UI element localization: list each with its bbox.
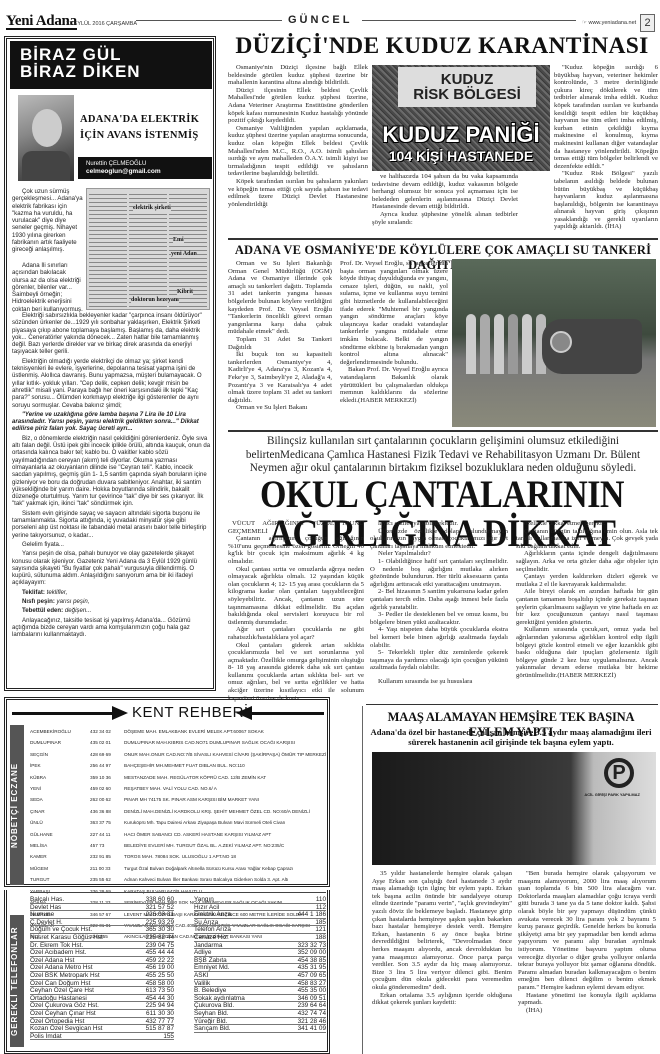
phone-number: 112 bbox=[316, 904, 326, 911]
phone-label: Özel Ceyhan Çınar Hst bbox=[30, 1010, 146, 1017]
phone-number: 321 28 46 bbox=[298, 1018, 326, 1025]
pharmacy-phone: 363 37 75 bbox=[90, 817, 124, 828]
pharmacy-side-label: NÖBETÇİ ECZANE bbox=[10, 725, 24, 885]
phone-row: Nusret Karasu Göğüs Hst225 82 44 bbox=[30, 934, 174, 942]
phone-row: Doğum ve Çocuk Hst.365 30 30 bbox=[30, 926, 174, 934]
phone-row: Özel BSK Metropark Hst455 25 50 bbox=[30, 972, 174, 980]
phone-label: Cenaze Hiz. bbox=[194, 934, 315, 941]
phone-number: 455 44 44 bbox=[146, 949, 174, 956]
phone-label: Devlet Has bbox=[30, 904, 146, 911]
pharmacy-phone: 459 02 60 bbox=[90, 783, 124, 794]
phone-label: Özel BSK Metropark Hst bbox=[30, 972, 146, 979]
pharmacy-address: BELEDİYE EVLERİ MH. TURGUT ÖZAL BL. A.ZE… bbox=[124, 840, 326, 851]
author-email[interactable]: celmeoglun@gmail.com bbox=[86, 168, 161, 175]
pharmacy-row: MÜGEM211 00 33Turgut Özal Bulvarı Doğalp… bbox=[30, 863, 326, 874]
phones-list-right: Yangın110Hızır Acil112Elektrik Arıza444 … bbox=[194, 896, 326, 1033]
phone-label: Özel Çukurova Göz Hst. bbox=[30, 1002, 146, 1009]
pharmacy-row: KÜBRA359 10 36MESTANZADE MAH. REGÜLATOR … bbox=[30, 772, 326, 783]
pharmacy-name: YENİ bbox=[30, 783, 90, 794]
pharmacy-address: Kuruköprü Mh. Tapu Dairesi Arkası Ziyapa… bbox=[124, 817, 326, 828]
phone-number: 456 19 00 bbox=[146, 964, 174, 971]
phone-label: BŞB Zabıta bbox=[194, 957, 298, 964]
phone-number: 435 31 95 bbox=[298, 964, 326, 971]
pharmacy-row: TURGUT235 55 62Adnan Kahveci Bulvarı İll… bbox=[30, 874, 326, 885]
no-parking-icon: P bbox=[604, 758, 634, 788]
canta-deck: Bilinçsiz kullanılan sırt çantalarının ç… bbox=[228, 435, 658, 476]
phone-label: Özel Acıbadem Hst. bbox=[30, 949, 146, 956]
phone-number: 185 bbox=[315, 919, 326, 926]
divider bbox=[228, 238, 658, 240]
pharmacy-phone: 227 44 11 bbox=[90, 829, 124, 840]
phone-number: 188 bbox=[315, 934, 326, 941]
phones-side-label: GEREKLİ TELEFONLAR bbox=[10, 915, 24, 1047]
phone-number: 225 82 44 bbox=[146, 934, 174, 941]
phone-number: 458 58 00 bbox=[146, 980, 174, 987]
phone-row: Özel Can Doğum Hst458 58 00 bbox=[30, 980, 174, 988]
phone-row: Yüreğir Bld.321 28 46 bbox=[194, 1018, 326, 1026]
phone-row: Ceyhan Özel Çare Hst613 73 50 bbox=[30, 987, 174, 995]
phone-number: 346 09 51 bbox=[298, 995, 326, 1002]
tanker-col1: Orman ve Su İşleri Bakanlığı Orman Genel… bbox=[228, 260, 332, 412]
pharmacy-row: İPEK256 44 97BAHÇEŞEHİR MH.MEHMET FUAT D… bbox=[30, 760, 326, 771]
hemsire-col2: "Ben burada hemşire olarak çalışıyorum v… bbox=[518, 870, 656, 1014]
phone-row: Numune226 03 31 bbox=[30, 911, 174, 919]
phone-label: Telefon Arıza bbox=[194, 926, 315, 933]
pharmacy-phone: 436 36 88 bbox=[90, 806, 124, 817]
phone-row: Su Arıza185 bbox=[194, 919, 326, 927]
phone-row: Valilik458 83 27 bbox=[194, 980, 326, 988]
pharmacy-address: HACI ÖMER SABANCI CD. ASKERİ HASTANE KAR… bbox=[124, 829, 326, 840]
pharmacy-phone: 432 34 02 bbox=[90, 726, 124, 737]
phone-number: 515 87 87 bbox=[146, 1025, 174, 1032]
hemsire-deck: Adana'da özel bir hastanede çalışan hemş… bbox=[366, 727, 656, 747]
pharmacy-row: ÜNLÜ363 37 75Kuruköprü Mh. Tapu Dairesi … bbox=[30, 817, 326, 828]
website-link[interactable]: ☞ www.yeniadana.net bbox=[582, 20, 636, 26]
phone-row: Hızır Acil112 bbox=[194, 904, 326, 912]
phone-row: BŞB Zabıta454 38 85 bbox=[194, 957, 326, 965]
canta-col3: özellikle dikkat etmek gerekir.Çantanın … bbox=[516, 520, 658, 679]
pharmacy-name: TURGUT bbox=[30, 874, 90, 885]
pharmacy-address: MESTANZADE MAH. REGÜLATOR KÖPRÜ CAD. 12/… bbox=[124, 772, 326, 783]
pharmacy-name: DUMLUPINAR bbox=[30, 737, 90, 748]
phone-label: Özel Adana Hst bbox=[30, 957, 146, 964]
pharmacy-address: DENİZLİ MAH.DENİZLİ KARDKOLU KRŞ. ŞEHİT … bbox=[124, 806, 326, 817]
canta-col2: layıcı etkiler yapabilmektedir.Ülkemizde… bbox=[370, 520, 508, 685]
phone-row: Telefon Arıza121 bbox=[194, 926, 326, 934]
phone-row: Balcalı Has.338 60 60 bbox=[30, 896, 174, 904]
phone-row: Özel Ceyhan Çınar Hst611 30 30 bbox=[30, 1010, 174, 1018]
headline-kuduz: DÜZİÇİ'NDE KUDUZ KARANTİNASI bbox=[228, 33, 656, 59]
author-photo bbox=[18, 95, 74, 181]
pharmacy-name: SEDA bbox=[30, 794, 90, 805]
column-headline: ADANA'DA ELEKTRİK İÇİN AVANS İSTENMİŞ bbox=[80, 112, 210, 144]
emblem-icon bbox=[550, 331, 572, 353]
phone-number: 613 73 50 bbox=[146, 987, 174, 994]
pharmacy-name: ACEMBEKİROĞLU bbox=[30, 726, 90, 737]
phone-label: B. Belediye bbox=[194, 987, 298, 994]
phone-number: 341 41 09 bbox=[298, 1025, 326, 1032]
phone-label: Valilik bbox=[194, 980, 298, 987]
phone-row: Devlet Has321 57 52 bbox=[30, 904, 174, 912]
phone-row: Cenaze Hiz.188 bbox=[194, 934, 326, 942]
phone-row: Çukurova Bld.239 64 64 bbox=[194, 1002, 326, 1010]
phone-number: 226 03 31 bbox=[146, 911, 174, 918]
pharmacy-phone: 232 91 85 bbox=[90, 851, 124, 862]
phone-row: Jandarma323 32 73 bbox=[194, 942, 326, 950]
pharmacy-row: GÜLHANE227 44 11HACI ÖMER SABANCI CD. AS… bbox=[30, 829, 326, 840]
pharmacy-name: GÜLHANE bbox=[30, 829, 90, 840]
phone-number: 239 64 64 bbox=[298, 1002, 326, 1009]
kuduz-col2: ve halihazırda 104 şahsın da bu vaka kap… bbox=[372, 173, 518, 226]
pharmacy-row: SEÇGİN428 69 69ONUR MAH.ONUR CAD.NO:7/B … bbox=[30, 749, 326, 760]
pharmacy-row: ÇINAR436 36 88DENİZLİ MAH.DENİZLİ KARDKO… bbox=[30, 806, 326, 817]
pharmacy-address: TOROS MAH. 78084 SOK. ULUSOĞLU 1 APT.NO … bbox=[124, 851, 326, 862]
hemsire-col1: 35 yıldır hastanelerde hemşire olarak ça… bbox=[372, 870, 512, 1007]
water-tanker-photo bbox=[452, 259, 656, 427]
phone-number: 458 83 27 bbox=[298, 980, 326, 987]
author-byline: Nurettin ÇELMEOĞLU celmeoglun@gmail.com bbox=[78, 157, 212, 179]
phone-row: Özel Acıbadem Hst.455 44 44 bbox=[30, 949, 174, 957]
pharmacy-name: MÜGEM bbox=[30, 863, 90, 874]
glossary-item: Nısfı peşin: yarısı peşin, bbox=[12, 598, 212, 605]
phone-label: Sarıçam Bld. bbox=[194, 1025, 298, 1032]
phone-label: Balcalı Has. bbox=[30, 896, 146, 903]
pharmacy-phone: 435 02 01 bbox=[90, 737, 124, 748]
phone-number: 225 93 29 bbox=[146, 919, 174, 926]
divider bbox=[366, 704, 658, 705]
phone-number: 611 30 30 bbox=[146, 1010, 174, 1017]
phone-number: 454 38 85 bbox=[298, 957, 326, 964]
phone-label: Su Arıza bbox=[194, 919, 315, 926]
pharmacy-row: ACEMBEKİROĞLU432 34 02DÖŞEME MAH. EMLAKB… bbox=[30, 726, 326, 737]
pharmacy-phone: 256 44 97 bbox=[90, 760, 124, 771]
phone-row: Kozan Özel Sevgican Hst515 87 87 bbox=[30, 1025, 174, 1033]
city-guide-title: KENT REHBERİ bbox=[132, 704, 249, 721]
pharmacy-phone: 457 73 bbox=[90, 840, 124, 851]
phone-label: Nusret Karasu Göğüs Hst bbox=[30, 934, 146, 941]
column-intro: Çok uzun sürmüş gerçekleşmesi... Adana'y… bbox=[12, 188, 84, 256]
pharmacy-name: KÜBRA bbox=[30, 772, 90, 783]
phone-label: Ceyhan Özel Çare Hst bbox=[30, 987, 146, 994]
phone-row: ASKİ457 09 65 bbox=[194, 972, 326, 980]
nurse-protest-photo: P ACİL GİRİŞİ PARK YAPILMAZ bbox=[372, 752, 656, 865]
pharmacy-address: PINAR MH 74175 SK. PINAR ASM KARŞISI BİM… bbox=[124, 794, 326, 805]
phone-row: B. Belediye455 35 00 bbox=[194, 987, 326, 995]
phone-row: Adliye352 09 00 bbox=[194, 949, 326, 957]
phone-label: Yangın bbox=[194, 896, 316, 903]
pharmacy-address: Turgut Özal Bulvarı Doğalpark Altınella … bbox=[124, 863, 326, 874]
phone-number: 225 94 94 bbox=[146, 1002, 174, 1009]
pharmacy-name: İPEK bbox=[30, 760, 90, 771]
phone-label: Özel Can Doğum Hst bbox=[30, 980, 146, 987]
masthead: Yeni Adana 21 EYLÜL 2016 ÇARŞAMBA GÜNCEL… bbox=[0, 0, 660, 32]
phone-label: Emniyet Md. bbox=[194, 964, 298, 971]
phone-label: Jandarma bbox=[194, 942, 298, 949]
divider bbox=[30, 892, 326, 893]
pharmacy-phone: 359 10 36 bbox=[90, 772, 124, 783]
pharmacy-name: ÜNLÜ bbox=[30, 817, 90, 828]
pharmacy-name: KAMER bbox=[30, 851, 90, 862]
phone-row: Sarıçam Bld.341 41 09 bbox=[194, 1025, 326, 1033]
page-number: 2 bbox=[640, 14, 655, 32]
phone-row: Elektrik Arıza444 1 186 bbox=[194, 911, 326, 919]
pharmacy-phone: 211 00 33 bbox=[90, 863, 124, 874]
phone-label: Doğum ve Çocuk Hst. bbox=[30, 926, 146, 933]
pharmacy-address: Adnan Kahveci Bulvarı İller Bankası Sıra… bbox=[124, 874, 326, 885]
phone-number: 121 bbox=[315, 926, 326, 933]
pharmacy-address: BAHÇEŞEHİR MH.MEHMET FUAT DIBLAN BUL. NO… bbox=[124, 760, 326, 771]
kuduz-col3: "Kuduz köpeğin ısırdığı 6 büyükbaş hayva… bbox=[554, 64, 658, 234]
phone-number: 444 1 186 bbox=[298, 911, 326, 918]
divider bbox=[362, 706, 363, 1054]
phone-label: Özel Ortopedia Hst bbox=[30, 1018, 146, 1025]
phone-label: Çukurova Bld. bbox=[194, 1002, 298, 1009]
phone-row: Emniyet Md.435 31 95 bbox=[194, 964, 326, 972]
phone-row: Ortadoğu Hastanesi454 44 30 bbox=[30, 995, 174, 1003]
pharmacy-row: DUMLUPINAR435 02 01DUMLUPINAR MAH.KIBRIS… bbox=[30, 737, 326, 748]
phone-label: Hızır Acil bbox=[194, 904, 316, 911]
phone-row: Ç.Devlet H.225 93 29 bbox=[30, 919, 174, 927]
phone-row: Özel Adana Hst459 22 22 bbox=[30, 957, 174, 965]
phone-number: 455 25 50 bbox=[146, 972, 174, 979]
archive-newspaper-clipping: elektrik şirketi yeni Adan Emi doktorun … bbox=[86, 188, 210, 310]
phone-number: 239 04 75 bbox=[146, 942, 174, 949]
pharmacy-address: DÖŞEME MAH. EMLAKBANK EVLERİ MELEK APT.6… bbox=[124, 726, 326, 737]
phone-label: ASKİ bbox=[194, 972, 298, 979]
phone-number: 459 22 22 bbox=[146, 957, 174, 964]
phone-row: Polis İmdat155 bbox=[30, 1033, 174, 1041]
pharmacy-phone: 235 55 62 bbox=[90, 874, 124, 885]
photo-overlay-subtitle: 104 KİŞİ HASTANEDE bbox=[372, 148, 550, 164]
pharmacy-name: ÇINAR bbox=[30, 806, 90, 817]
phone-label: Ç.Devlet H. bbox=[30, 919, 146, 926]
pharmacy-row: MELİSA457 73BELEDİYE EVLERİ MH. TURGUT Ö… bbox=[30, 840, 326, 851]
photo-overlay-title: KUDUZ PANİĞİ bbox=[372, 122, 550, 148]
phones-list-left: Balcalı Has.338 60 60Devlet Has321 57 52… bbox=[30, 896, 174, 1040]
pharmacy-row: KAMER232 91 85TOROS MAH. 78084 SOK. ULUS… bbox=[30, 851, 326, 862]
phone-label: Sokak aydınlatma bbox=[194, 995, 298, 1002]
phone-label: Polis İmdat bbox=[30, 1033, 163, 1040]
phone-number: 323 32 73 bbox=[298, 942, 326, 949]
phone-number: 155 bbox=[163, 1033, 174, 1040]
divider bbox=[228, 430, 658, 432]
pharmacy-address: REŞATBEY MAH. VALİ YOLU CAD. NO.6/ A bbox=[124, 783, 326, 794]
section-name: GÜNCEL bbox=[288, 14, 352, 26]
phone-row: Özel Çukurova Göz Hst.225 94 94 bbox=[30, 1002, 174, 1010]
phone-label: Yüreğir Bld. bbox=[194, 1018, 298, 1025]
pharmacy-name: MELİSA bbox=[30, 840, 90, 851]
pharmacy-phone: 428 69 69 bbox=[90, 749, 124, 760]
pharmacy-row: SEDA262 00 62PINAR MH 74175 SK. PINAR AS… bbox=[30, 794, 326, 805]
glossary-item: Teklifat: teklifler, bbox=[12, 589, 212, 596]
masthead-rule-left bbox=[136, 20, 282, 21]
phone-row: Dr. Ekrem Tok Hst.239 04 75 bbox=[30, 942, 174, 950]
phone-row: Özel Adana Metro Hst456 19 00 bbox=[30, 964, 174, 972]
phone-label: Elektrik Arıza bbox=[194, 911, 298, 918]
issue-date: 21 EYLÜL 2016 ÇARŞAMBA bbox=[66, 21, 137, 27]
phone-number: 457 09 65 bbox=[298, 972, 326, 979]
phone-label: Dr. Ekrem Tok Hst. bbox=[30, 942, 146, 949]
pharmacy-phone: 262 00 62 bbox=[90, 794, 124, 805]
arrow-left-head-icon bbox=[236, 706, 252, 720]
pharmacy-row: YENİ459 02 60REŞATBEY MAH. VALİ YOLU CAD… bbox=[30, 783, 326, 794]
phone-label: Kozan Özel Sevgican Hst bbox=[30, 1025, 146, 1032]
arrow-right-icon bbox=[12, 712, 122, 715]
column-body: Elektriği sabırsızlıkla bekleyenler kada… bbox=[12, 312, 212, 682]
pharmacy-address: DUMLUPINAR MAH.KIBRIS CAD.NO71 DUMLUPINA… bbox=[124, 737, 326, 748]
phone-number: 338 60 60 bbox=[146, 896, 174, 903]
phone-number: 365 30 30 bbox=[146, 926, 174, 933]
arrow-right-head-icon bbox=[112, 706, 128, 720]
phone-label: Özel Adana Metro Hst bbox=[30, 964, 146, 971]
phone-label: Ortadoğu Hastanesi bbox=[30, 995, 146, 1002]
phone-row: Sokak aydınlatma346 09 51 bbox=[194, 995, 326, 1003]
arrow-left-icon bbox=[244, 712, 324, 715]
column-series-title: BİRAZ GÜL BİRAZ DİKEN bbox=[10, 41, 212, 89]
phone-number: 432 74 74 bbox=[298, 1010, 326, 1017]
phone-label: Seyhan Bld. bbox=[194, 1010, 298, 1017]
phone-row: Seyhan Bld.432 74 74 bbox=[194, 1010, 326, 1018]
risk-zone-sign: KUDUZRİSK BÖLGESİ bbox=[398, 67, 536, 107]
kuduz-col1: Osmaniye'nin Düziçi ilçesine bağlı Ellek… bbox=[228, 64, 368, 208]
phone-number: 352 09 00 bbox=[298, 949, 326, 956]
phone-number: 321 57 52 bbox=[146, 904, 174, 911]
pharmacy-address: ONUR MAH.ONUR CAD.NO:7/B SİVASLI KAHVESİ… bbox=[124, 749, 326, 760]
phone-row: Yangın110 bbox=[194, 896, 326, 904]
phone-row: Özel Ortopedia Hst432 77 77 bbox=[30, 1018, 174, 1026]
canta-col1: VÜCUT AĞIRLIĞININ YÜZDE 10'UNU GEÇMEMELİ… bbox=[228, 520, 364, 702]
pharmacy-name: SEÇGİN bbox=[30, 749, 90, 760]
phone-number: 432 77 77 bbox=[146, 1018, 174, 1025]
masthead-rule-right bbox=[362, 20, 576, 21]
phone-number: 454 44 30 bbox=[146, 995, 174, 1002]
column-intro-2: Adana İli sınırları açısından bakılacak … bbox=[12, 262, 84, 312]
phone-label: Numune bbox=[30, 911, 146, 918]
tanker-col2: Prof. Dr. Veysel Eroğlu, su tankerlerini… bbox=[340, 260, 448, 404]
phone-label: Adliye bbox=[194, 949, 298, 956]
phone-number: 110 bbox=[316, 896, 326, 903]
glossary-item: Tebettül eden: değişen... bbox=[12, 607, 212, 614]
phone-number: 455 35 00 bbox=[298, 987, 326, 994]
